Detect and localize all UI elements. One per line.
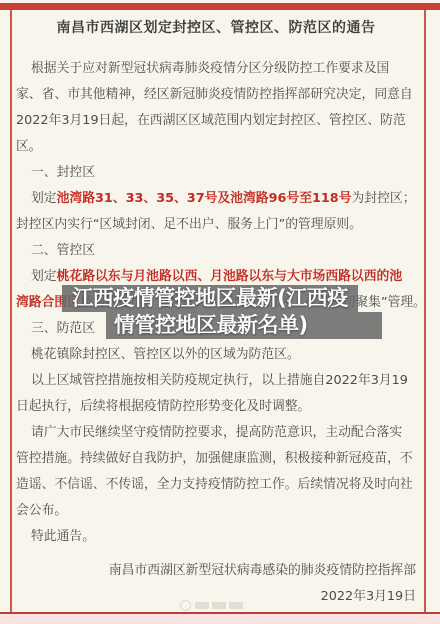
section-heading-fengkong: 一、封控区 bbox=[16, 160, 416, 186]
section-heading-guankong: 二、管控区 bbox=[16, 238, 416, 264]
doc-line: 根据关于应对新型冠状病毒肺炎疫情分区分级防控工作要求及国 bbox=[16, 56, 416, 82]
top-red-bar bbox=[0, 3, 440, 10]
notice-screenshot: { "notice": { "title": "南昌市西湖区划定封控区、管控区、… bbox=[0, 0, 440, 624]
doc-line: 封控区内实行“区域封闭、足不出户、服务上门”的管理原则。 bbox=[16, 212, 416, 238]
caption-overlay-line1: 江西疫情管控地区最新(江西疫 bbox=[62, 285, 358, 312]
doc-line: 家、省、市其他精神，经区新冠肺炎疫情防控指挥部研究决定，同意自 bbox=[16, 82, 416, 108]
line-text: 为封控区； bbox=[352, 191, 416, 206]
weibo-watermark-icon bbox=[180, 599, 264, 612]
bottom-pink-strip bbox=[0, 614, 440, 624]
doc-line: 管控措施。持续做好自我防护，加强健康监测，积极接种新冠疫苗，不 bbox=[16, 446, 416, 472]
right-border-line bbox=[424, 10, 426, 612]
doc-line: 造谣、不信谣、不传谣，全力支持疫情防控工作。后续情况将及时向社 bbox=[16, 472, 416, 498]
doc-line: 请广大市民继续坚守疫情防控要求，提高防范意识，主动配合落实 bbox=[16, 420, 416, 446]
watermark-logo-icon bbox=[180, 600, 191, 611]
doc-line: 日起执行，后续将根据疫情防控形势变化及时调整。 bbox=[16, 394, 416, 420]
highlighted-area: 桃花路以东与月池路以西、月池路以东与大市场西路以西的池 bbox=[57, 269, 403, 284]
doc-line: 划定池湾路31、33、35、37号及池湾路96号至118号为封控区； bbox=[16, 186, 416, 212]
doc-line: 特此通告。 bbox=[16, 524, 416, 550]
doc-line: 区。 bbox=[16, 134, 416, 160]
doc-line: 会公布。 bbox=[16, 498, 416, 524]
doc-line: 桃花镇除封控区、管控区以外的区域为防范区。 bbox=[16, 342, 416, 368]
highlighted-streets: 池湾路31、33、35、37号及池湾路96号至118号 bbox=[57, 191, 352, 206]
issuer-signature: 南昌市西湖区新型冠状病毒感染的肺炎疫情防控指挥部 bbox=[16, 558, 416, 584]
notice-title: 南昌市西湖区划定封控区、管控区、防范区的通告 bbox=[16, 16, 416, 40]
caption-overlay-line2: 情管控地区最新名单) bbox=[106, 312, 382, 339]
doc-line: 2022年3月19日起，在西湖区区域范围内划定封控区、管控区、防范 bbox=[16, 108, 416, 134]
watermark-text-blur bbox=[195, 602, 243, 609]
line-text: 划定 bbox=[31, 269, 57, 284]
doc-line: 以上区域管控措施按相关防疫规定执行，以上措施自2022年3月19 bbox=[16, 368, 416, 394]
left-border-line bbox=[10, 10, 12, 612]
line-text: 划定 bbox=[31, 191, 57, 206]
